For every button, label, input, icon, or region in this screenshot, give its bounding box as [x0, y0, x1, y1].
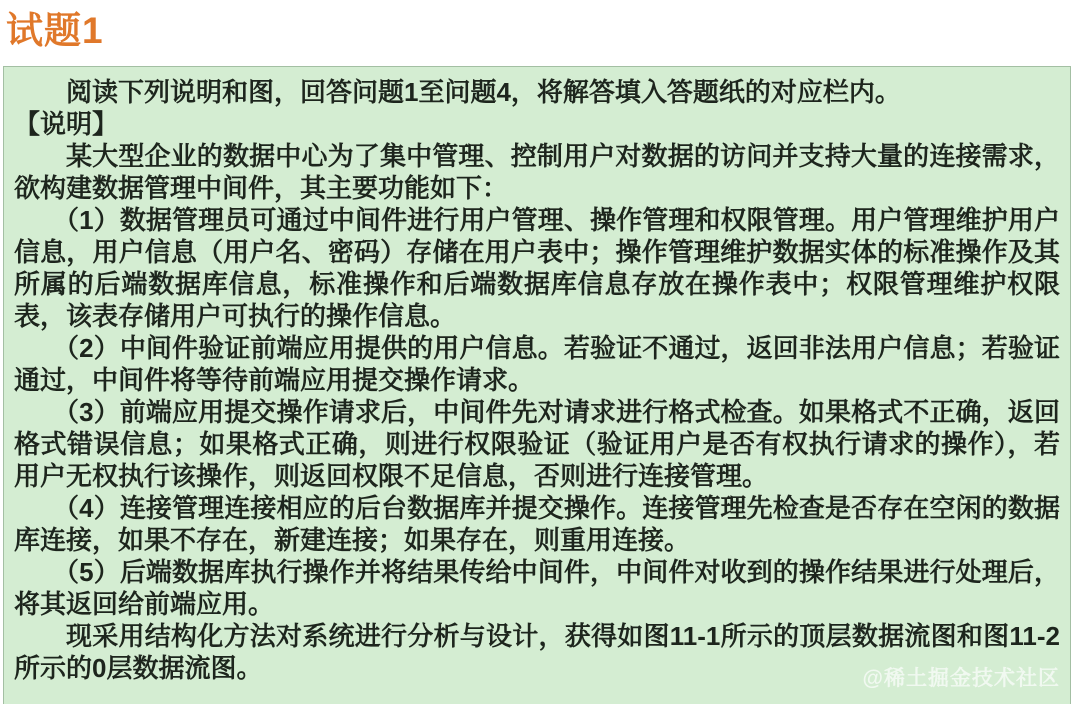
paragraph-item-3: （3）前端应用提交操作请求后，中间件先对请求进行格式检查。如果格式不正确，返回格…	[14, 396, 1060, 492]
exam-question-page: { "page": { "title": "试题1" }, "colors": …	[0, 0, 1074, 704]
paragraph-closing: 现采用结构化方法对系统进行分析与设计，获得如图11-1所示的顶层数据流图和图11…	[14, 620, 1060, 684]
paragraph-item-1: （1）数据管理员可通过中间件进行用户管理、操作管理和权限管理。用户管理维护用户信…	[14, 204, 1060, 332]
paragraph-item-4: （4）连接管理连接相应的后台数据库并提交操作。连接管理先检查是否存在空闲的数据库…	[14, 492, 1060, 556]
page-title: 试题1	[0, 0, 1074, 52]
paragraph-item-2: （2）中间件验证前端应用提供的用户信息。若验证不通过，返回非法用户信息；若验证通…	[14, 332, 1060, 396]
paragraph-shuoming-heading: 【说明】	[14, 108, 1060, 140]
paragraph-intro: 某大型企业的数据中心为了集中管理、控制用户对数据的访问并支持大量的连接需求，欲构…	[14, 140, 1060, 204]
paragraph-instructions: 阅读下列说明和图，回答问题1至问题4，将解答填入答题纸的对应栏内。	[14, 76, 1060, 108]
question-description-panel: 阅读下列说明和图，回答问题1至问题4，将解答填入答题纸的对应栏内。 【说明】 某…	[3, 66, 1071, 704]
paragraph-item-5: （5）后端数据库执行操作并将结果传给中间件，中间件对收到的操作结果进行处理后，将…	[14, 556, 1060, 620]
